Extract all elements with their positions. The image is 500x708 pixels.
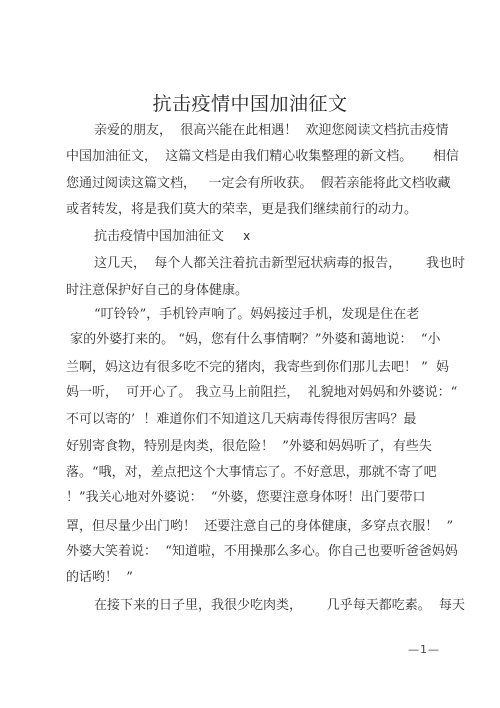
paragraph-line: 在接下来的日子里，我很少吃肉类， 几乎每天都吃素。 每天 bbox=[94, 597, 436, 615]
paragraph-line: 家的外婆打来的。 “妈，您有什么事情啊？”外婆和蔼地说： “小 bbox=[66, 331, 436, 349]
section-heading-suffix bbox=[224, 229, 243, 243]
paragraph-line: 的话哟！ ” bbox=[66, 569, 436, 587]
paragraph-line: 落。“哦，对，差点把这个大事情忘了。不好意思，那就不寄了吧 bbox=[66, 464, 436, 482]
paragraph-line: 时注意保护好自己的身体健康。 bbox=[66, 282, 436, 300]
paragraph-line: 亲爱的朋友， 很高兴能在此相遇！ 欢迎您阅读文档抗击疫情 bbox=[94, 122, 436, 140]
paragraph-line: 兰啊，妈这边有很多吃不完的猪肉，我寄些到你们那儿去吧！ ” 妈 bbox=[66, 359, 436, 377]
paragraph-line: 中国加油征文， 这篇文档是由我们精心收集整理的新文档。 相信 bbox=[66, 148, 436, 166]
paragraph-line: “叮铃铃”，手机铃声响了。妈妈接过手机，发现是住在老 bbox=[94, 306, 436, 324]
paragraph-line: 好别寄食物，特别是肉类，很危险！ ”外婆和妈妈听了，有些失 bbox=[66, 438, 436, 456]
document-title: 抗击疫情中国加油征文 bbox=[0, 92, 500, 116]
paragraph-line: 妈一听， 可开心了。 我立马上前阻拦， 礼貌地对妈妈和外婆说：“ bbox=[66, 384, 436, 402]
document-page: 抗击疫情中国加油征文 亲爱的朋友， 很高兴能在此相遇！ 欢迎您阅读文档抗击疫情 … bbox=[0, 0, 500, 708]
section-heading: 抗击疫情中国加油征文 bbox=[94, 229, 224, 244]
section-heading-line: 抗击疫情中国加油征文 x bbox=[94, 227, 436, 246]
paragraph-line: 您通过阅读这篇文档， 一定会有所收获。 假若亲能将此文档收藏 bbox=[66, 175, 436, 193]
paragraph-line: 外婆大笑着说： “知道啦，不用操那么多心。你自己也要听爸爸妈妈 bbox=[66, 543, 436, 561]
paragraph-line: 这几天， 每个人都关注着抗击新型冠状病毒的报告， 我也时 bbox=[94, 255, 436, 273]
paragraph-line: ！”我关心地对外婆说： “外婆，您要注意身体呀！出门要带口 bbox=[66, 489, 436, 507]
paragraph-line: 或者转发，将是我们莫大的荣幸，更是我们继续前行的动力。 bbox=[66, 201, 436, 219]
paragraph-line: 罩，但尽量少出门哟！ 还要注意自己的身体健康，多穿点衣服！ ” bbox=[66, 518, 436, 536]
page-number: —1— bbox=[408, 643, 440, 656]
section-heading-x: x bbox=[243, 229, 250, 243]
paragraph-line: 不可以寄的’ ！难道你们不知道这几天病毒传得很厉害吗？最 bbox=[66, 411, 436, 429]
